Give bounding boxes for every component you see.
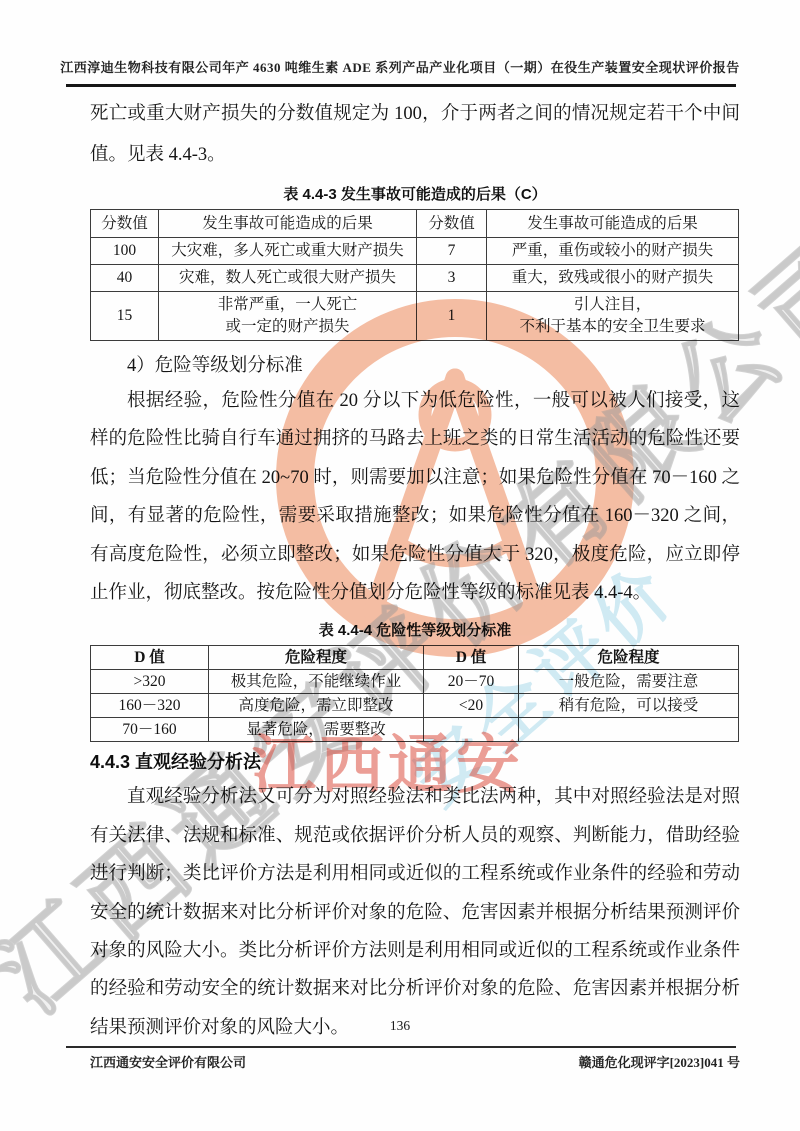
table2-cell: >320 xyxy=(91,670,209,694)
table-row: 100 大灾难，多人死亡或重大财产损失 7 严重，重伤或较小的财产损失 xyxy=(91,238,739,265)
table-row: 70－160 显著危险，需要整改 xyxy=(91,718,739,742)
footer-company: 江西通安安全评价有限公司 xyxy=(90,1052,246,1071)
table2-cell: 一般危险，需要注意 xyxy=(519,670,739,694)
section-4-4-3-heading: 4.4.3 直观经验分析法 xyxy=(90,746,740,778)
table1-cell: 重大，致残或很小的财产损失 xyxy=(487,265,739,292)
table-row: 分数值 发生事故可能造成的后果 分数值 发生事故可能造成的后果 xyxy=(91,210,739,238)
table1-header-cell: 发生事故可能造成的后果 xyxy=(159,210,417,238)
table-row: 40 灾难，数人死亡或很大财产损失 3 重大，致残或很小的财产损失 xyxy=(91,265,739,292)
table2-cell: 160－320 xyxy=(91,694,209,718)
table-row: >320 极其危险，不能继续作业 20－70 一般危险，需要注意 xyxy=(91,670,739,694)
report-page: 江西淳迪生物科技有限公司年产 4630 吨维生素 ADE 系列产品产业化项目（一… xyxy=(0,0,800,1131)
table1-cell: 15 xyxy=(91,292,159,341)
table1-caption: 表 4.4-3 发生事故可能造成的后果（C） xyxy=(90,183,740,204)
table2-header-cell: 危险程度 xyxy=(519,646,739,670)
list-item-4-heading: 4）危险等级划分标准 xyxy=(90,350,740,382)
table1-cell: 1 xyxy=(417,292,487,341)
table-row: 160－320 高度危险，需立即整改 <20 稍有危险，可以接受 xyxy=(91,694,739,718)
table1-cell: 引人注目， 不利于基本的安全卫生要求 xyxy=(487,292,739,341)
table1-header-cell: 分数值 xyxy=(417,210,487,238)
table-accident-consequence: 分数值 发生事故可能造成的后果 分数值 发生事故可能造成的后果 100 大灾难，… xyxy=(90,209,739,341)
table2-cell: 稍有危险，可以接受 xyxy=(519,694,739,718)
table2-cell: 高度危险，需立即整改 xyxy=(209,694,424,718)
table1-cell: 大灾难，多人死亡或重大财产损失 xyxy=(159,238,417,265)
table1-cell: 7 xyxy=(417,238,487,265)
table2-cell: 极其危险，不能继续作业 xyxy=(209,670,424,694)
page-footer: 江西通安安全评价有限公司 赣通危化现评字[2023]041 号 xyxy=(90,1052,740,1071)
document-body: 死亡或重大财产损失的分数值规定为 100，介于两者之间的情况规定若干个中间值。见… xyxy=(90,94,740,1047)
page-number: 136 xyxy=(0,1018,800,1034)
footer-divider xyxy=(66,1046,736,1048)
table2-cell: 20－70 xyxy=(424,670,519,694)
table1-header-cell: 分数值 xyxy=(91,210,159,238)
table2-header-cell: D 值 xyxy=(91,646,209,670)
table2-cell xyxy=(519,718,739,742)
table2-cell: <20 xyxy=(424,694,519,718)
table1-cell: 灾难，数人死亡或很大财产损失 xyxy=(159,265,417,292)
table2-caption: 表 4.4-4 危险性等级划分标准 xyxy=(90,619,740,640)
table1-cell: 3 xyxy=(417,265,487,292)
paragraph-risk-levels: 根据经验，危险性分值在 20 分以下为低危险性，一般可以被人们接受，这样的危险性… xyxy=(90,382,740,612)
table2-header-cell: 危险程度 xyxy=(209,646,424,670)
page-header-title: 江西淳迪生物科技有限公司年产 4630 吨维生素 ADE 系列产品产业化项目（一… xyxy=(40,57,760,76)
table1-cell: 40 xyxy=(91,265,159,292)
footer-doc-number: 赣通危化现评字[2023]041 号 xyxy=(579,1052,740,1071)
table-row: D 值 危险程度 D 值 危险程度 xyxy=(91,646,739,670)
table2-cell: 70－160 xyxy=(91,718,209,742)
table1-cell: 100 xyxy=(91,238,159,265)
table1-cell: 非常严重，一人死亡 或一定的财产损失 xyxy=(159,292,417,341)
paragraph-empirical-analysis: 直观经验分析法又可分为对照经验法和类比法两种，其中对照经验法是对照有关法律、法规… xyxy=(90,778,740,1047)
table2-cell: 显著危险，需要整改 xyxy=(209,718,424,742)
table-row: 15 非常严重，一人死亡 或一定的财产损失 1 引人注目， 不利于基本的安全卫生… xyxy=(91,292,739,341)
table-risk-grade: D 值 危险程度 D 值 危险程度 >320 极其危险，不能继续作业 20－70… xyxy=(90,645,739,742)
paragraph-intro: 死亡或重大财产损失的分数值规定为 100，介于两者之间的情况规定若干个中间值。见… xyxy=(90,94,740,176)
table2-cell xyxy=(424,718,519,742)
table1-cell: 严重，重伤或较小的财产损失 xyxy=(487,238,739,265)
table1-header-cell: 发生事故可能造成的后果 xyxy=(487,210,739,238)
table2-header-cell: D 值 xyxy=(424,646,519,670)
header-divider xyxy=(66,84,736,87)
